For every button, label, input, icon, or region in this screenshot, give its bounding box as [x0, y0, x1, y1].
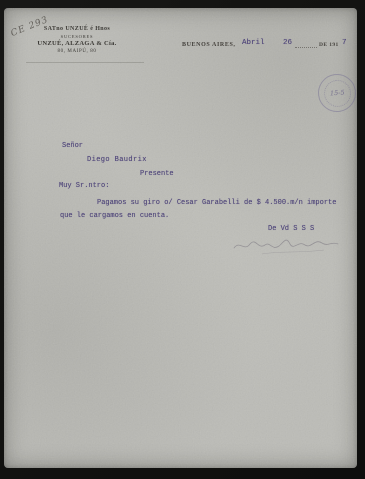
- letterhead-company-name: UNZUÉ, ALZAGA & Cía.: [22, 40, 132, 47]
- dotted-leader: [295, 47, 317, 48]
- body-line-1: Pagamos su giro o/ Cesar Garabelli de $ …: [97, 199, 336, 207]
- paper-sheet: CE 293 SATno UNZUÉ é Hnos SUCESORES UNZU…: [4, 8, 357, 468]
- recipient-salutation: Señor: [62, 142, 83, 150]
- scanned-letter: CE 293 SATno UNZUÉ é Hnos SUCESORES UNZU…: [0, 0, 365, 479]
- dateline: BUENOS AIRES, Abril 26 DE 191 7: [182, 38, 352, 52]
- letterhead-firm-name: SATno UNZUÉ é Hnos: [22, 26, 132, 32]
- typed-year-digit: 7: [342, 39, 347, 47]
- body-line-2: que le cargamos en cuenta.: [60, 212, 169, 220]
- signature-handwriting: [232, 232, 340, 258]
- letterhead-rule: [26, 62, 144, 63]
- recipient-name: Diego Baudrix: [87, 156, 147, 164]
- typed-day: 26: [283, 39, 292, 47]
- recipient-presente: Presente: [140, 170, 174, 178]
- letterhead-address: 80, MAIPÚ, 80: [22, 49, 132, 54]
- letterhead: SATno UNZUÉ é Hnos SUCESORES UNZUÉ, ALZA…: [22, 26, 132, 54]
- letter-greeting: Muy Sr.ntro:: [59, 182, 109, 190]
- year-prefix-label: DE 191: [319, 42, 339, 48]
- city-label: BUENOS AIRES,: [182, 42, 235, 48]
- letterhead-successors-label: SUCESORES: [22, 34, 132, 39]
- postal-stamp: 15-5: [316, 72, 359, 115]
- typed-month: Abril: [242, 39, 265, 47]
- stamp-inner-ring: 15-5: [322, 78, 352, 108]
- stamp-date-text: 15-5: [329, 89, 344, 98]
